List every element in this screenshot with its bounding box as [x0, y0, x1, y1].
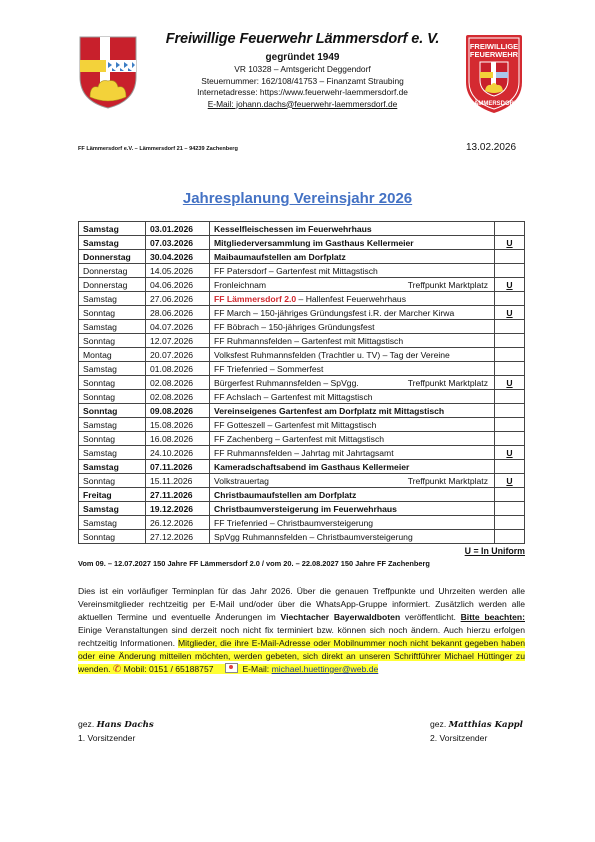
sender-address-line: FF Lämmersdorf e.V. – Lämmersdorf 21 – 9…: [78, 146, 238, 152]
uniform-legend: U = In Uniform: [440, 546, 525, 556]
event-title: Maibaumaufstellen am Dorfplatz: [214, 252, 346, 262]
event-date: 16.08.2026: [146, 432, 210, 446]
uniform-marker: [495, 264, 525, 278]
table-row: Sonntag02.08.2026FF Achslach – Gartenfes…: [79, 390, 525, 404]
event-date: 27.12.2026: [146, 530, 210, 544]
signature-role: 2. Vorsitzender: [430, 732, 523, 745]
uniform-marker: [495, 530, 525, 544]
uniform-marker: [495, 460, 525, 474]
table-row: Donnerstag14.05.2026FF Patersdorf – Gart…: [79, 264, 525, 278]
event-title: FF Triefenried – Sommerfest: [214, 364, 323, 374]
event-day: Samstag: [79, 418, 146, 432]
event-day: Donnerstag: [79, 278, 146, 292]
event-title: Bürgerfest Ruhmannsfelden – SpVgg.: [214, 378, 359, 388]
founded-year: gegründet 1949: [150, 51, 455, 64]
event-date: 28.06.2026: [146, 306, 210, 320]
note-2027-events: Vom 09. – 12.07.2027 150 Jahre FF Lämmer…: [78, 559, 430, 568]
signature-second-chairman: gez. Matthias Kappl 2. Vorsitzender: [430, 718, 523, 745]
event-description: Maibaumaufstellen am Dorfplatz: [210, 250, 495, 264]
event-day: Sonntag: [79, 432, 146, 446]
event-description: VolkstrauertagTreffpunkt Marktplatz: [210, 474, 495, 488]
event-description: FF March – 150-jähriges Gründungsfest i.…: [210, 306, 495, 320]
event-day: Samstag: [79, 362, 146, 376]
event-description: FF Achslach – Gartenfest mit Mittagstisc…: [210, 390, 495, 404]
event-date: 24.10.2026: [146, 446, 210, 460]
event-title: Volkstrauertag: [214, 476, 269, 486]
uniform-marker: U: [495, 278, 525, 292]
table-row: Sonntag27.12.2026SpVgg Ruhmannsfelden – …: [79, 530, 525, 544]
uniform-marker: [495, 390, 525, 404]
event-title: Volksfest Ruhmannsfelden (Trachtler u. T…: [214, 350, 450, 360]
event-day: Sonntag: [79, 530, 146, 544]
secretary-email-link[interactable]: michael.huettinger@web.de: [272, 664, 379, 674]
signature-name: Matthias Kappl: [449, 720, 523, 730]
uniform-marker: [495, 334, 525, 348]
event-day: Samstag: [79, 446, 146, 460]
table-row: Samstag19.12.2026Christbaumversteigerung…: [79, 502, 525, 516]
event-description: Bürgerfest Ruhmannsfelden – SpVgg.Treffp…: [210, 376, 495, 390]
table-row: Samstag15.08.2026FF Gotteszell – Gartenf…: [79, 418, 525, 432]
event-date: 07.11.2026: [146, 460, 210, 474]
organization-header: Freiwillige Feuerwehr Lämmersdorf e. V. …: [150, 30, 455, 110]
table-row: Donnerstag04.06.2026FronleichnamTreffpun…: [79, 278, 525, 292]
event-title: Kesselfleischessen im Feuerwehrhaus: [214, 224, 372, 234]
svg-text:FEUERWEHR: FEUERWEHR: [470, 50, 519, 59]
meeting-point: Treffpunkt Marktplatz: [408, 475, 490, 487]
table-row: Samstag26.12.2026FF Triefenried – Christ…: [79, 516, 525, 530]
event-description: Christbaumversteigerung im Feuerwehrhaus: [210, 502, 495, 516]
event-day: Sonntag: [79, 404, 146, 418]
event-date: 27.11.2026: [146, 488, 210, 502]
document-date: 13.02.2026: [466, 142, 516, 153]
uniform-marker: [495, 502, 525, 516]
event-title: Christbaumaufstellen am Dorfplatz: [214, 490, 356, 500]
table-row: Sonntag12.07.2026FF Ruhmannsfelden – Gar…: [79, 334, 525, 348]
table-row: Sonntag15.11.2026VolkstrauertagTreffpunk…: [79, 474, 525, 488]
event-day: Samstag: [79, 460, 146, 474]
event-description: FF Triefenried – Christbaumversteigerung: [210, 516, 495, 530]
signature-role: 1. Vorsitzender: [78, 732, 154, 745]
paragraph-text-2: veröffentlicht.: [400, 612, 460, 622]
meeting-point: Treffpunkt Marktplatz: [408, 279, 490, 291]
table-row: Montag20.07.2026Volksfest Ruhmannsfelden…: [79, 348, 525, 362]
event-title: FF Achslach – Gartenfest mit Mittagstisc…: [214, 392, 373, 402]
event-title: FF Triefenried – Christbaumversteigerung: [214, 518, 373, 528]
event-title: Kameradschaftsabend im Gasthaus Kellerme…: [214, 462, 409, 472]
table-row: Samstag04.07.2026FF Böbrach – 150-jährig…: [79, 320, 525, 334]
event-date: 15.11.2026: [146, 474, 210, 488]
event-day: Freitag: [79, 488, 146, 502]
event-title: – Hallenfest Feuerwehrhaus: [296, 294, 406, 304]
event-title: FF Gotteszell – Gartenfest mit Mittagsti…: [214, 420, 376, 430]
table-row: Sonntag02.08.2026Bürgerfest Ruhmannsfeld…: [79, 376, 525, 390]
uniform-marker: [495, 362, 525, 376]
event-description: FF Lämmersdorf 2.0 – Hallenfest Feuerweh…: [210, 292, 495, 306]
meeting-point: Treffpunkt Marktplatz: [408, 377, 490, 389]
event-description: FF Gotteszell – Gartenfest mit Mittagsti…: [210, 418, 495, 432]
uniform-marker: [495, 222, 525, 236]
event-date: 07.03.2026: [146, 236, 210, 250]
event-day: Donnerstag: [79, 250, 146, 264]
table-row: Donnerstag30.04.2026Maibaumaufstellen am…: [79, 250, 525, 264]
event-date: 30.04.2026: [146, 250, 210, 264]
event-day: Sonntag: [79, 306, 146, 320]
email-label: E-Mail:: [242, 664, 271, 674]
uniform-marker: U: [495, 446, 525, 460]
uniform-marker: U: [495, 376, 525, 390]
events-table: Samstag03.01.2026Kesselfleischessen im F…: [78, 221, 525, 544]
event-day: Sonntag: [79, 376, 146, 390]
contact-email[interactable]: E-Mail: johann.dachs@feuerwehr-laemmersd…: [150, 99, 455, 111]
event-title: Fronleichnam: [214, 280, 266, 290]
event-description: FronleichnamTreffpunkt Marktplatz: [210, 278, 495, 292]
event-date: 26.12.2026: [146, 516, 210, 530]
uniform-marker: [495, 488, 525, 502]
event-date: 15.08.2026: [146, 418, 210, 432]
event-title: SpVgg Ruhmannsfelden – Christbaumverstei…: [214, 532, 413, 542]
event-date: 12.07.2026: [146, 334, 210, 348]
table-row: Samstag24.10.2026FF Ruhmannsfelden – Jah…: [79, 446, 525, 460]
uniform-marker: [495, 432, 525, 446]
tax-info: Steuernummer: 162/108/41753 – Finanzamt …: [150, 76, 455, 88]
attention-label: Bitte beachten:: [461, 612, 525, 622]
uniform-marker: [495, 348, 525, 362]
svg-text:LÄMMERSDORF: LÄMMERSDORF: [470, 100, 518, 107]
website[interactable]: Internetadresse: https://www.feuerwehr-l…: [150, 87, 455, 99]
table-row: Freitag27.11.2026Christbaumaufstellen am…: [79, 488, 525, 502]
signature-name: Hans Dachs: [97, 720, 154, 730]
event-date: 20.07.2026: [146, 348, 210, 362]
event-description: Vereinseigenes Gartenfest am Dorfplatz m…: [210, 404, 495, 418]
event-title: FF Ruhmannsfelden – Gartenfest mit Mitta…: [214, 336, 403, 346]
event-description: Christbaumaufstellen am Dorfplatz: [210, 488, 495, 502]
event-date: 01.08.2026: [146, 362, 210, 376]
uniform-marker: [495, 404, 525, 418]
event-date: 19.12.2026: [146, 502, 210, 516]
event-day: Samstag: [79, 320, 146, 334]
uniform-marker: [495, 418, 525, 432]
event-day: Sonntag: [79, 390, 146, 404]
event-date: 03.01.2026: [146, 222, 210, 236]
event-description: FF Ruhmannsfelden – Gartenfest mit Mitta…: [210, 334, 495, 348]
event-description: FF Patersdorf – Gartenfest mit Mittagsti…: [210, 264, 495, 278]
event-title: FF Patersdorf – Gartenfest mit Mittagsti…: [214, 266, 378, 276]
table-row: Samstag01.08.2026FF Triefenried – Sommer…: [79, 362, 525, 376]
table-row: Sonntag16.08.2026FF Zachenberg – Gartenf…: [79, 432, 525, 446]
event-day: Sonntag: [79, 334, 146, 348]
table-row: Sonntag09.08.2026Vereinseigenes Gartenfe…: [79, 404, 525, 418]
table-row: Sonntag28.06.2026FF March – 150-jähriges…: [79, 306, 525, 320]
event-highlight: FF Lämmersdorf 2.0: [214, 294, 296, 304]
event-date: 02.08.2026: [146, 390, 210, 404]
event-date: 02.08.2026: [146, 376, 210, 390]
event-title: Vereinseigenes Gartenfest am Dorfplatz m…: [214, 406, 444, 416]
signature-first-chairman: gez. Hans Dachs 1. Vorsitzender: [78, 718, 154, 745]
event-title: FF Böbrach – 150-jähriges Gründungsfest: [214, 322, 375, 332]
uniform-marker: U: [495, 306, 525, 320]
fire-brigade-badge-logo: FREIWILLIGE FEUERWEHR LÄMMERSDORF: [464, 34, 524, 114]
event-description: SpVgg Ruhmannsfelden – Christbaumverstei…: [210, 530, 495, 544]
event-description: Volksfest Ruhmannsfelden (Trachtler u. T…: [210, 348, 495, 362]
table-row: Samstag27.06.2026FF Lämmersdorf 2.0 – Ha…: [79, 292, 525, 306]
phone-icon: ✆: [113, 664, 121, 675]
event-title: Christbaumversteigerung im Feuerwehrhaus: [214, 504, 397, 514]
newspaper-name: Viechtacher Bayerwaldboten: [281, 612, 401, 622]
event-day: Samstag: [79, 236, 146, 250]
event-day: Samstag: [79, 502, 146, 516]
coat-of-arms-logo: [78, 35, 138, 110]
event-day: Donnerstag: [79, 264, 146, 278]
event-day: Samstag: [79, 292, 146, 306]
event-description: Kameradschaftsabend im Gasthaus Kellerme…: [210, 460, 495, 474]
uniform-marker: U: [495, 474, 525, 488]
event-title: Mitgliederversammlung im Gasthaus Keller…: [214, 238, 414, 248]
event-date: 14.05.2026: [146, 264, 210, 278]
event-title: FF Ruhmannsfelden – Jahrtag mit Jahrtags…: [214, 448, 394, 458]
uniform-marker: U: [495, 236, 525, 250]
event-description: FF Ruhmannsfelden – Jahrtag mit Jahrtags…: [210, 446, 495, 460]
event-date: 09.08.2026: [146, 404, 210, 418]
organization-name: Freiwillige Feuerwehr Lämmersdorf e. V.: [150, 30, 455, 48]
uniform-marker: [495, 250, 525, 264]
table-row: Samstag07.03.2026Mitgliederversammlung i…: [79, 236, 525, 250]
uniform-marker: [495, 516, 525, 530]
event-description: Kesselfleischessen im Feuerwehrhaus: [210, 222, 495, 236]
event-description: FF Zachenberg – Gartenfest mit Mittagsti…: [210, 432, 495, 446]
event-description: FF Triefenried – Sommerfest: [210, 362, 495, 376]
event-date: 27.06.2026: [146, 292, 210, 306]
event-day: Samstag: [79, 222, 146, 236]
page-title: Jahresplanung Vereinsjahr 2026: [0, 190, 595, 207]
event-day: Samstag: [79, 516, 146, 530]
event-description: FF Böbrach – 150-jähriges Gründungsfest: [210, 320, 495, 334]
envelope-icon: [225, 663, 238, 673]
event-date: 04.07.2026: [146, 320, 210, 334]
table-row: Samstag07.11.2026Kameradschaftsabend im …: [79, 460, 525, 474]
event-date: 04.06.2026: [146, 278, 210, 292]
event-title: FF Zachenberg – Gartenfest mit Mittagsti…: [214, 434, 384, 444]
mobile-number: Mobil: 0151 / 65188757: [124, 664, 214, 674]
register-info: VR 10328 – Amtsgericht Deggendorf: [150, 64, 455, 76]
uniform-marker: [495, 292, 525, 306]
event-day: Montag: [79, 348, 146, 362]
event-title: FF March – 150-jähriges Gründungsfest i.…: [214, 308, 454, 318]
event-day: Sonntag: [79, 474, 146, 488]
event-description: Mitgliederversammlung im Gasthaus Keller…: [210, 236, 495, 250]
info-paragraph: Dies ist ein vorläufiger Terminplan für …: [78, 585, 525, 676]
uniform-marker: [495, 320, 525, 334]
table-row: Samstag03.01.2026Kesselfleischessen im F…: [79, 222, 525, 236]
